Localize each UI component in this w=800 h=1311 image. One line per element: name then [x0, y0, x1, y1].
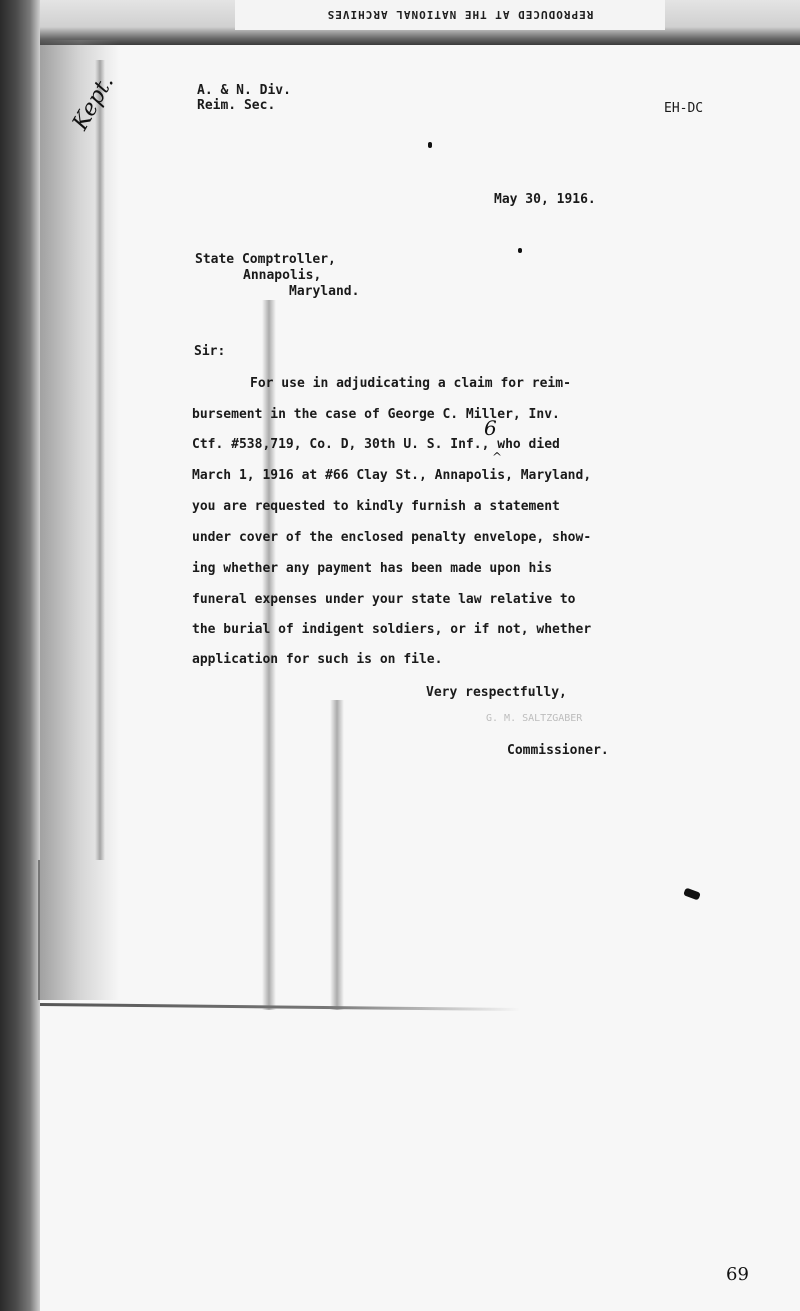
- scan-left-gradient: [40, 40, 120, 1000]
- page-bottom-edge: [40, 1003, 520, 1011]
- body-line: application for such is on file.: [192, 652, 442, 667]
- body-line: Ctf. #538,719, Co. D, 30th U. S. Inf., w…: [192, 437, 560, 452]
- scan-streak: [330, 700, 344, 1010]
- archive-stamp: REPRODUCED AT THE NATIONAL ARCHIVES: [260, 8, 660, 21]
- body-line: bursement in the case of George C. Mille…: [192, 407, 560, 422]
- header-reference: EH-DC: [664, 102, 703, 115]
- header-division: A. & N. Div.: [197, 84, 291, 97]
- letter-date: May 30, 1916.: [494, 193, 596, 206]
- body-line: the burial of indigent soldiers, or if n…: [192, 622, 591, 637]
- signature: G. M. SALTZGABER: [486, 714, 582, 724]
- header-section: Reim. Sec.: [197, 99, 275, 112]
- ink-blot: [683, 888, 701, 901]
- ink-dot: [428, 142, 432, 148]
- insertion-mark: 6: [484, 416, 497, 440]
- closing: Very respectfully,: [426, 686, 567, 699]
- body-line: funeral expenses under your state law re…: [192, 592, 576, 607]
- recipient-line-3: Maryland.: [289, 285, 359, 298]
- salutation: Sir:: [194, 345, 225, 358]
- signatory-title: Commissioner.: [507, 744, 609, 757]
- ink-dot: [518, 248, 522, 253]
- scan-left-shadow: [0, 0, 40, 1311]
- body-line: under cover of the enclosed penalty enve…: [192, 530, 591, 545]
- page-number: 69: [726, 1264, 749, 1285]
- recipient-line-2: Annapolis,: [243, 269, 321, 282]
- body-line: March 1, 1916 at #66 Clay St., Annapolis…: [192, 468, 591, 483]
- body-line: ing whether any payment has been made up…: [192, 561, 552, 576]
- page-left-edge: [38, 860, 40, 1000]
- body-line: For use in adjudicating a claim for reim…: [250, 376, 571, 391]
- body-line: you are requested to kindly furnish a st…: [192, 499, 560, 514]
- recipient-line-1: State Comptroller,: [195, 253, 336, 266]
- scan-streak: [95, 60, 105, 860]
- caret-mark: ^: [492, 450, 502, 464]
